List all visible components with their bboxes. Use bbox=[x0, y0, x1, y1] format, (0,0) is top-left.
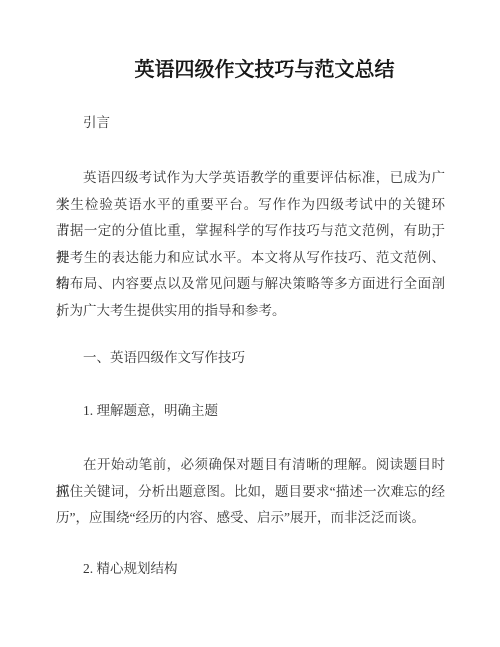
paragraph-line: 在开始动笔前，必须确保对题目有清晰的理解。阅读题目时应 bbox=[56, 452, 445, 479]
tip-1-heading: 1. 理解题意，明确主题 bbox=[56, 398, 445, 425]
paragraph-line: 占据一定的分值比重，掌握科学的写作技巧与范文范例，有助于提 bbox=[56, 218, 445, 245]
section-1-heading: 一、英语四级作文写作技巧 bbox=[56, 345, 445, 372]
paragraph-line: 历”，应围绕“经历的内容、感受、启示”展开，而非泛泛而谈。 bbox=[56, 505, 445, 532]
intro-section-label: 引言 bbox=[56, 110, 445, 137]
tip-2-heading: 2. 精心规划结构 bbox=[56, 556, 445, 583]
document-title: 英语四级作文技巧与范文总结 bbox=[84, 56, 445, 85]
paragraph-line: ，为广大考生提供实用的指导和参考。 bbox=[56, 298, 445, 325]
intro-paragraph: 英语四级考试作为大学英语教学的重要评估标准，已成为广大 学生检验英语水平的重要平… bbox=[56, 165, 445, 324]
paragraph-line: 构布局、内容要点以及常见问题与解决策略等多方面进行全面剖析 bbox=[56, 271, 445, 298]
tip-1-paragraph: 在开始动笔前，必须确保对题目有清晰的理解。阅读题目时应 抓住关键词，分析出题意图… bbox=[56, 452, 445, 532]
paragraph-line: 英语四级考试作为大学英语教学的重要评估标准，已成为广大 bbox=[56, 165, 445, 192]
document-page: 英语四级作文技巧与范文总结 引言 英语四级考试作为大学英语教学的重要评估标准，已… bbox=[0, 0, 500, 647]
paragraph-line: 学生检验英语水平的重要平台。写作作为四级考试中的关键环节， bbox=[56, 192, 445, 219]
paragraph-line: 升考生的表达能力和应试水平。本文将从写作技巧、范文范例、结 bbox=[56, 245, 445, 272]
paragraph-line: 抓住关键词，分析出题意图。比如，题目要求“描述一次难忘的经 bbox=[56, 479, 445, 506]
